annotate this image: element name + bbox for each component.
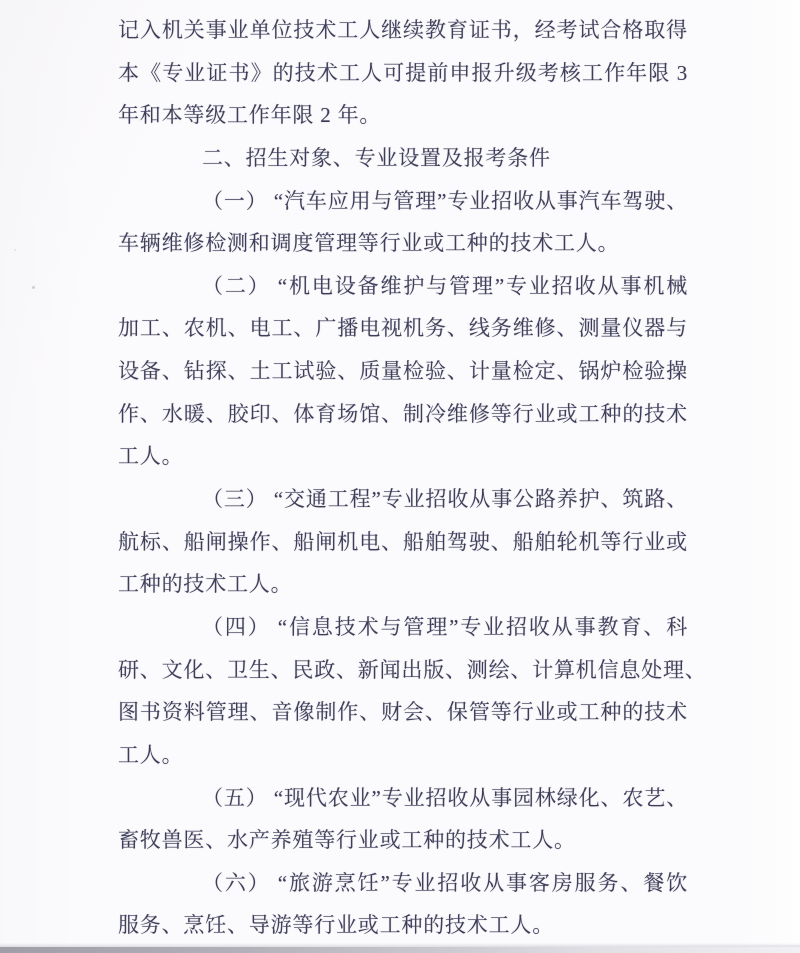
- scan-speck: [32, 286, 35, 289]
- document-line: 工种的技术工人。: [118, 563, 688, 606]
- document-line: （一） “汽车应用与管理”专业招收从事汽车驾驶、: [118, 180, 688, 223]
- scan-edge-band: [0, 947, 800, 953]
- scan-speck: [14, 249, 16, 251]
- document-line: 作、水暖、胶印、体育场馆、制冷维修等行业或工种的技术: [118, 393, 688, 436]
- document-line: 加工、农机、电工、广播电视机务、线务维修、测量仪器与: [118, 307, 688, 350]
- document-line: 航标、船闸操作、船闸机电、船舶驾驶、船舶轮机等行业或: [118, 521, 688, 564]
- document-line: （三） “交通工程”专业招收从事公路养护、筑路、: [118, 478, 688, 521]
- document-line: 二、招生对象、专业设置及报考条件: [118, 137, 688, 180]
- document-text-block: 记入机关事业单位技术工人继续教育证书，经考试合格取得本《专业证书》的技术工人可提…: [118, 9, 688, 947]
- document-line: 工人。: [118, 435, 688, 478]
- document-line: （六） “旅游烹饪”专业招收从事客房服务、餐饮: [118, 862, 688, 905]
- document-line: 工人。: [118, 734, 688, 777]
- document-line: 设备、钻探、土工试验、质量检验、计量检定、锅炉检验操: [118, 350, 688, 393]
- document-line: 服务、烹饪、导游等行业或工种的技术工人。: [118, 904, 688, 947]
- document-line: 研、文化、卫生、民政、新闻出版、测绘、计算机信息处理、: [118, 649, 688, 692]
- document-line: 本《专业证书》的技术工人可提前申报升级考核工作年限 3: [118, 52, 688, 95]
- document-line: （五） “现代农业”专业招收从事园林绿化、农艺、: [118, 777, 688, 820]
- document-line: 畜牧兽医、水产养殖等行业或工种的技术工人。: [118, 819, 688, 862]
- document-line: （二） “机电设备维护与管理”专业招收从事机械: [118, 265, 688, 308]
- document-line: 图书资料管理、音像制作、财会、保管等行业或工种的技术: [118, 691, 688, 734]
- document-line: 年和本等级工作年限 2 年。: [118, 94, 688, 137]
- document-page: 记入机关事业单位技术工人继续教育证书，经考试合格取得本《专业证书》的技术工人可提…: [0, 0, 800, 953]
- document-line: 车辆维修检测和调度管理等行业或工种的技术工人。: [118, 222, 688, 265]
- document-line: （四） “信息技术与管理”专业招收从事教育、科: [118, 606, 688, 649]
- document-line: 记入机关事业单位技术工人继续教育证书，经考试合格取得: [118, 9, 688, 52]
